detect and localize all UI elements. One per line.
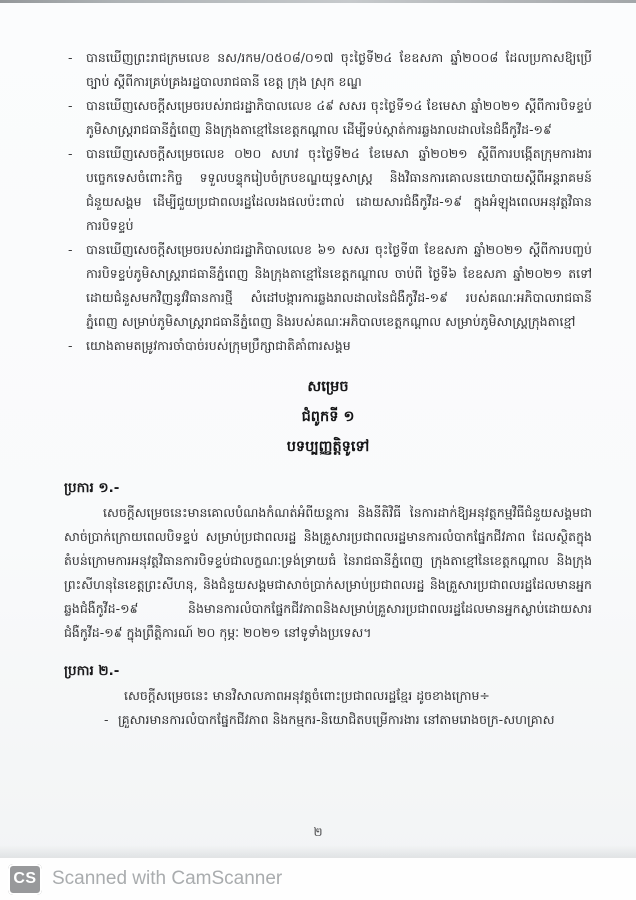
dash-marker: - bbox=[104, 708, 118, 732]
scan-bottom-shade bbox=[0, 845, 636, 857]
dash-marker: - bbox=[68, 142, 86, 166]
dash-marker: - bbox=[68, 46, 86, 70]
preamble-item: - យោងតាមតម្រូវការចាំបាច់របស់ក្រុមប្រឹក្ស… bbox=[68, 334, 592, 358]
camscanner-footer: CS Scanned with CamScanner bbox=[0, 857, 636, 900]
preamble-list: - បានឃើញព្រះរាជក្រមលេខ នស/រកម/០៥០៨/០១៧ ច… bbox=[64, 46, 592, 358]
preamble-item: - បានឃើញសេចក្តីសម្រេចរបស់រាជរដ្ឋាភិបាលលេ… bbox=[68, 94, 592, 142]
dash-marker: - bbox=[68, 238, 86, 262]
article-1-body: សេចក្តីសម្រេចនេះមានគោលបំណងកំណត់អំពីយន្តក… bbox=[64, 501, 592, 645]
scanned-page: - បានឃើញព្រះរាជក្រមលេខ នស/រកម/០៥០៨/០១៧ ច… bbox=[0, 0, 636, 900]
chapter-title-heading: បទប្បញ្ញត្តិទូទៅ bbox=[64, 432, 592, 462]
article-2-label: ប្រការ ២.- bbox=[64, 658, 592, 684]
scan-top-edge bbox=[0, 0, 636, 3]
preamble-item: - បានឃើញសេចក្តីសម្រេចរបស់រាជរដ្ឋាភិបាលលេ… bbox=[68, 238, 592, 334]
preamble-text: យោងតាមតម្រូវការចាំបាច់របស់ក្រុមប្រឹក្សាជ… bbox=[86, 334, 592, 358]
preamble-item: - បានឃើញព្រះរាជក្រមលេខ នស/រកម/០៥០៨/០១៧ ច… bbox=[68, 46, 592, 94]
article-2-bullet: - គ្រួសារមានការលំបាកផ្នែកជីវភាព និងកម្មក… bbox=[104, 708, 592, 732]
page-number: ២ bbox=[0, 824, 636, 842]
article-2-bullet-text: គ្រួសារមានការលំបាកផ្នែកជីវភាព និងកម្មករ-… bbox=[118, 708, 592, 732]
preamble-item: - បានឃើញសេចក្តីសម្រេចលេខ ០២០ សហវ ចុះថ្ងៃ… bbox=[68, 142, 592, 238]
chapter-heading: ជំពូកទី ១ bbox=[64, 402, 592, 432]
preamble-text: បានឃើញសេចក្តីសម្រេចរបស់រាជរដ្ឋាភិបាលលេខ … bbox=[86, 94, 592, 142]
dash-marker: - bbox=[68, 334, 86, 358]
camscanner-logo-icon: CS bbox=[8, 864, 42, 895]
camscanner-footer-text: Scanned with CamScanner bbox=[52, 868, 282, 890]
preamble-text: បានឃើញសេចក្តីសម្រេចរបស់រាជរដ្ឋាភិបាលលេខ … bbox=[86, 238, 592, 334]
decision-heading: សម្រេច bbox=[64, 372, 592, 402]
preamble-text: បានឃើញសេចក្តីសម្រេចលេខ ០២០ សហវ ចុះថ្ងៃទី… bbox=[86, 142, 592, 238]
preamble-text: បានឃើញព្រះរាជក្រមលេខ នស/រកម/០៥០៨/០១៧ ចុះ… bbox=[86, 46, 592, 94]
article-2-intro: សេចក្តីសម្រេចនេះ មានវិសាលភាពអនុវត្តចំពោះ… bbox=[64, 684, 592, 708]
document-content: - បានឃើញព្រះរាជក្រមលេខ នស/រកម/០៥០៨/០១៧ ច… bbox=[64, 46, 592, 732]
camscanner-logo-text: CS bbox=[13, 870, 36, 888]
article-1-label: ប្រការ ១.- bbox=[64, 475, 592, 501]
dash-marker: - bbox=[68, 94, 86, 118]
